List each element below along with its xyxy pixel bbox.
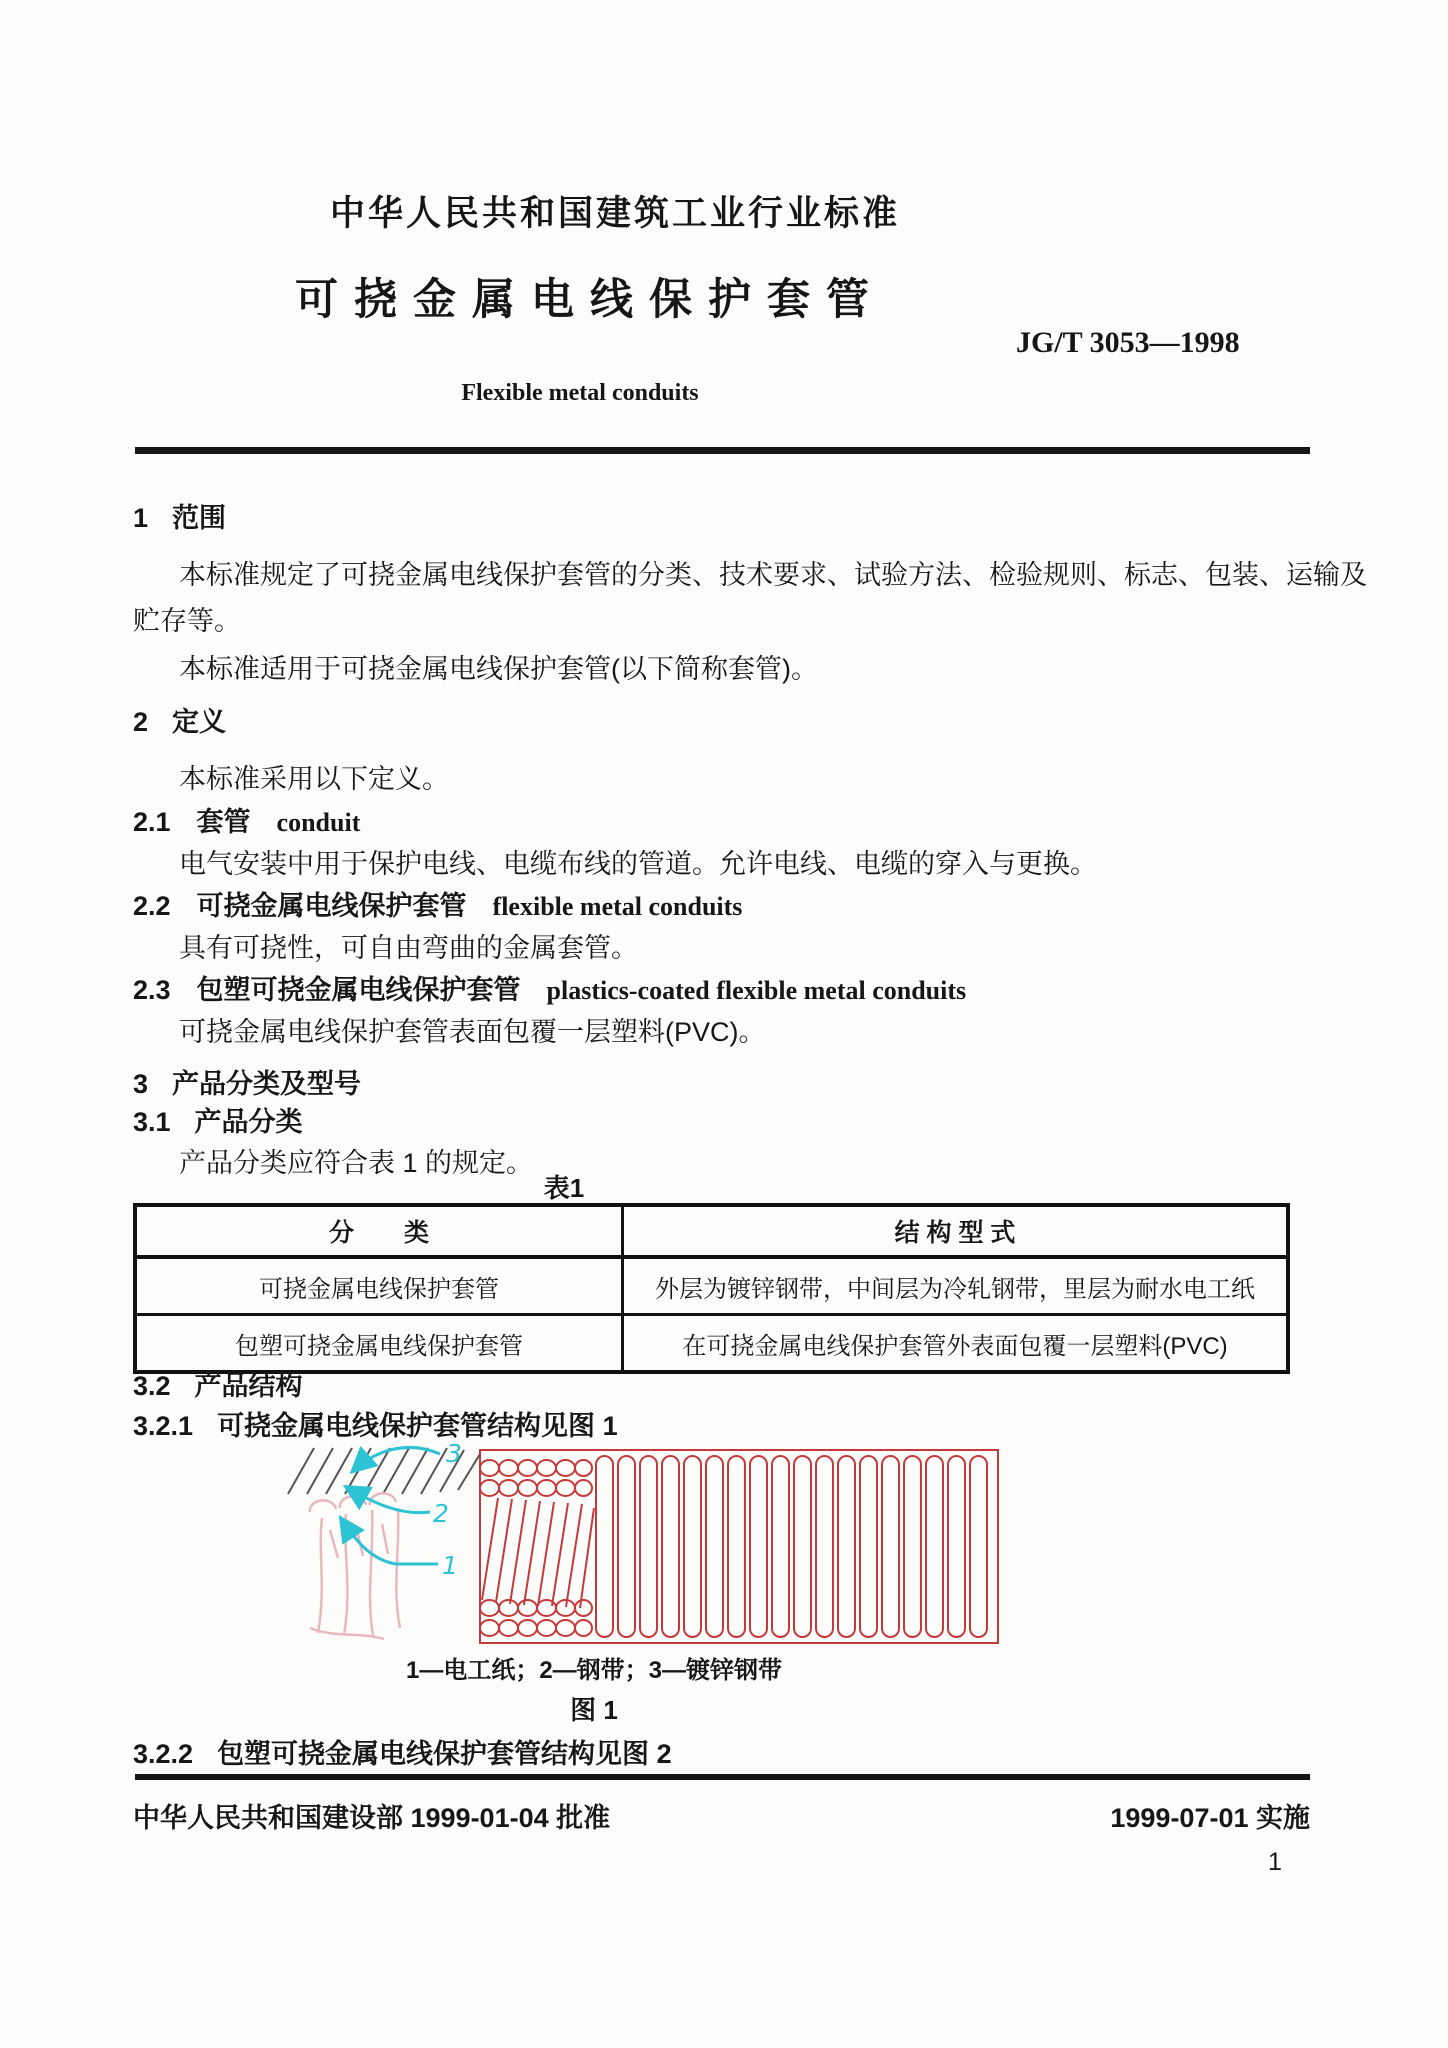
term-number: 2.3 [133,975,171,1006]
cell-category: 可挠金属电线保护套管 [135,1257,623,1315]
table-row: 包塑可挠金属电线保护套管 在可挠金属电线保护套管外表面包覆一层塑料(PVC) [135,1315,1288,1373]
section-title: 定义 [172,707,226,737]
term-2-2-definition: 具有可挠性，可自由弯曲的金属套管。 [133,926,638,965]
callout-label-2: 2 [433,1499,449,1528]
callout-label-1: 1 [442,1551,458,1580]
callout-arrow-2 [348,1488,430,1513]
term-number: 2.2 [133,891,171,922]
section-3-2-2-heading: 3.2.2包塑可挠金属电线保护套管结构见图 2 [133,1732,672,1771]
term-2-1-definition: 电气安装中用于保护电线、电缆布线的管道。允许电线、电缆的穿入与更换。 [133,842,1097,881]
figure-1-conduit-structure-drawing: 3 2 1 [280,1438,1010,1650]
standard-class-title: 中华人民共和国建筑工业行业标准 [0,186,1230,236]
sketch-pink-layers [310,1493,400,1639]
section-2-heading: 2定义 [133,700,226,739]
term-zh: 套管 [197,807,251,837]
term-en: conduit [277,808,361,837]
section-number: 2 [133,707,148,738]
cell-structure: 在可挠金属电线保护套管外表面包覆一层塑料(PVC) [623,1315,1289,1373]
section-title: 产品分类及型号 [172,1069,361,1099]
standard-code: JG/T 3053—1998 [1016,326,1240,360]
section-number: 1 [133,503,148,534]
footer-divider [135,1774,1310,1780]
section-3-1-heading: 3.1产品分类 [133,1100,303,1139]
table-row: 可挠金属电线保护套管 外层为镀锌钢带，中间层为冷轧钢带，里层为耐水电工纸 [135,1257,1288,1315]
scope-paragraph-1: 本标准规定了可挠金属电线保护套管的分类、技术要求、试验方法、检验规则、标志、包装… [133,552,1383,644]
callout-arrow-3 [354,1447,440,1470]
scope-paragraph-2: 本标准适用于可挠金属电线保护套管(以下简称套管)。 [133,646,818,692]
section-1-heading: 1范围 [133,496,226,535]
section-title: 范围 [172,503,226,533]
table-header-row: 分 类 结 构 型 式 [135,1205,1288,1257]
callout-label-3: 3 [446,1439,462,1468]
section-3-2-heading: 3.2产品结构 [133,1364,303,1403]
term-zh: 包塑可挠金属电线保护套管 [197,975,521,1005]
section-title: 产品分类 [195,1107,303,1137]
section-number: 3 [133,1069,148,1100]
page-number: 1 [1245,1848,1305,1877]
section-title: 产品结构 [195,1371,303,1401]
term-2-1: 2.1套管conduit [133,800,360,839]
term-2-3: 2.3包塑可挠金属电线保护套管plastics-coated flexible … [133,968,966,1007]
term-zh: 可挠金属电线保护套管 [197,891,467,921]
definitions-intro: 本标准采用以下定义。 [133,756,449,802]
column-header-structure: 结 构 型 式 [623,1205,1289,1257]
figure-callout-arrows [342,1447,440,1564]
table-caption: 表1 [133,1168,995,1205]
section-text: 可挠金属电线保护套管结构见图 1 [217,1411,618,1441]
classification-table: 分 类 结 构 型 式 可挠金属电线保护套管 外层为镀锌钢带，中间层为冷轧钢带，… [133,1203,1290,1374]
term-number: 2.1 [133,807,171,838]
column-header-category: 分 类 [135,1205,623,1257]
approval-statement: 中华人民共和国建设部 1999-01-04 批准 [133,1796,610,1835]
section-number: 3.2 [133,1371,171,1402]
section-3-heading: 3产品分类及型号 [133,1062,361,1101]
section-number: 3.1 [133,1107,171,1138]
header-divider [135,447,1310,454]
figure-1-label: 图 1 [234,1690,954,1727]
term-en: flexible metal conduits [493,892,743,921]
section-number: 3.2.2 [133,1739,193,1770]
document-title-zh: 可挠金属电线保护套管 [0,266,1180,327]
document-page: 中华人民共和国建筑工业行业标准 可挠金属电线保护套管 JG/T 3053—199… [0,0,1448,2048]
conduit-drawing [480,1450,998,1643]
figure-1-legend: 1—电工纸；2—钢带；3—镀锌钢带 [234,1650,954,1685]
term-2-3-definition: 可挠金属电线保护套管表面包覆一层塑料(PVC)。 [133,1010,766,1049]
term-en: plastics-coated flexible metal conduits [547,976,967,1005]
implementation-date: 1999-07-01 实施 [1000,1796,1310,1835]
term-2-2: 2.2可挠金属电线保护套管flexible metal conduits [133,884,742,923]
section-text: 包塑可挠金属电线保护套管结构见图 2 [217,1739,672,1769]
cell-structure: 外层为镀锌钢带，中间层为冷轧钢带，里层为耐水电工纸 [623,1257,1289,1315]
section-number: 3.2.1 [133,1411,193,1442]
document-title-en: Flexible metal conduits [0,380,1160,407]
